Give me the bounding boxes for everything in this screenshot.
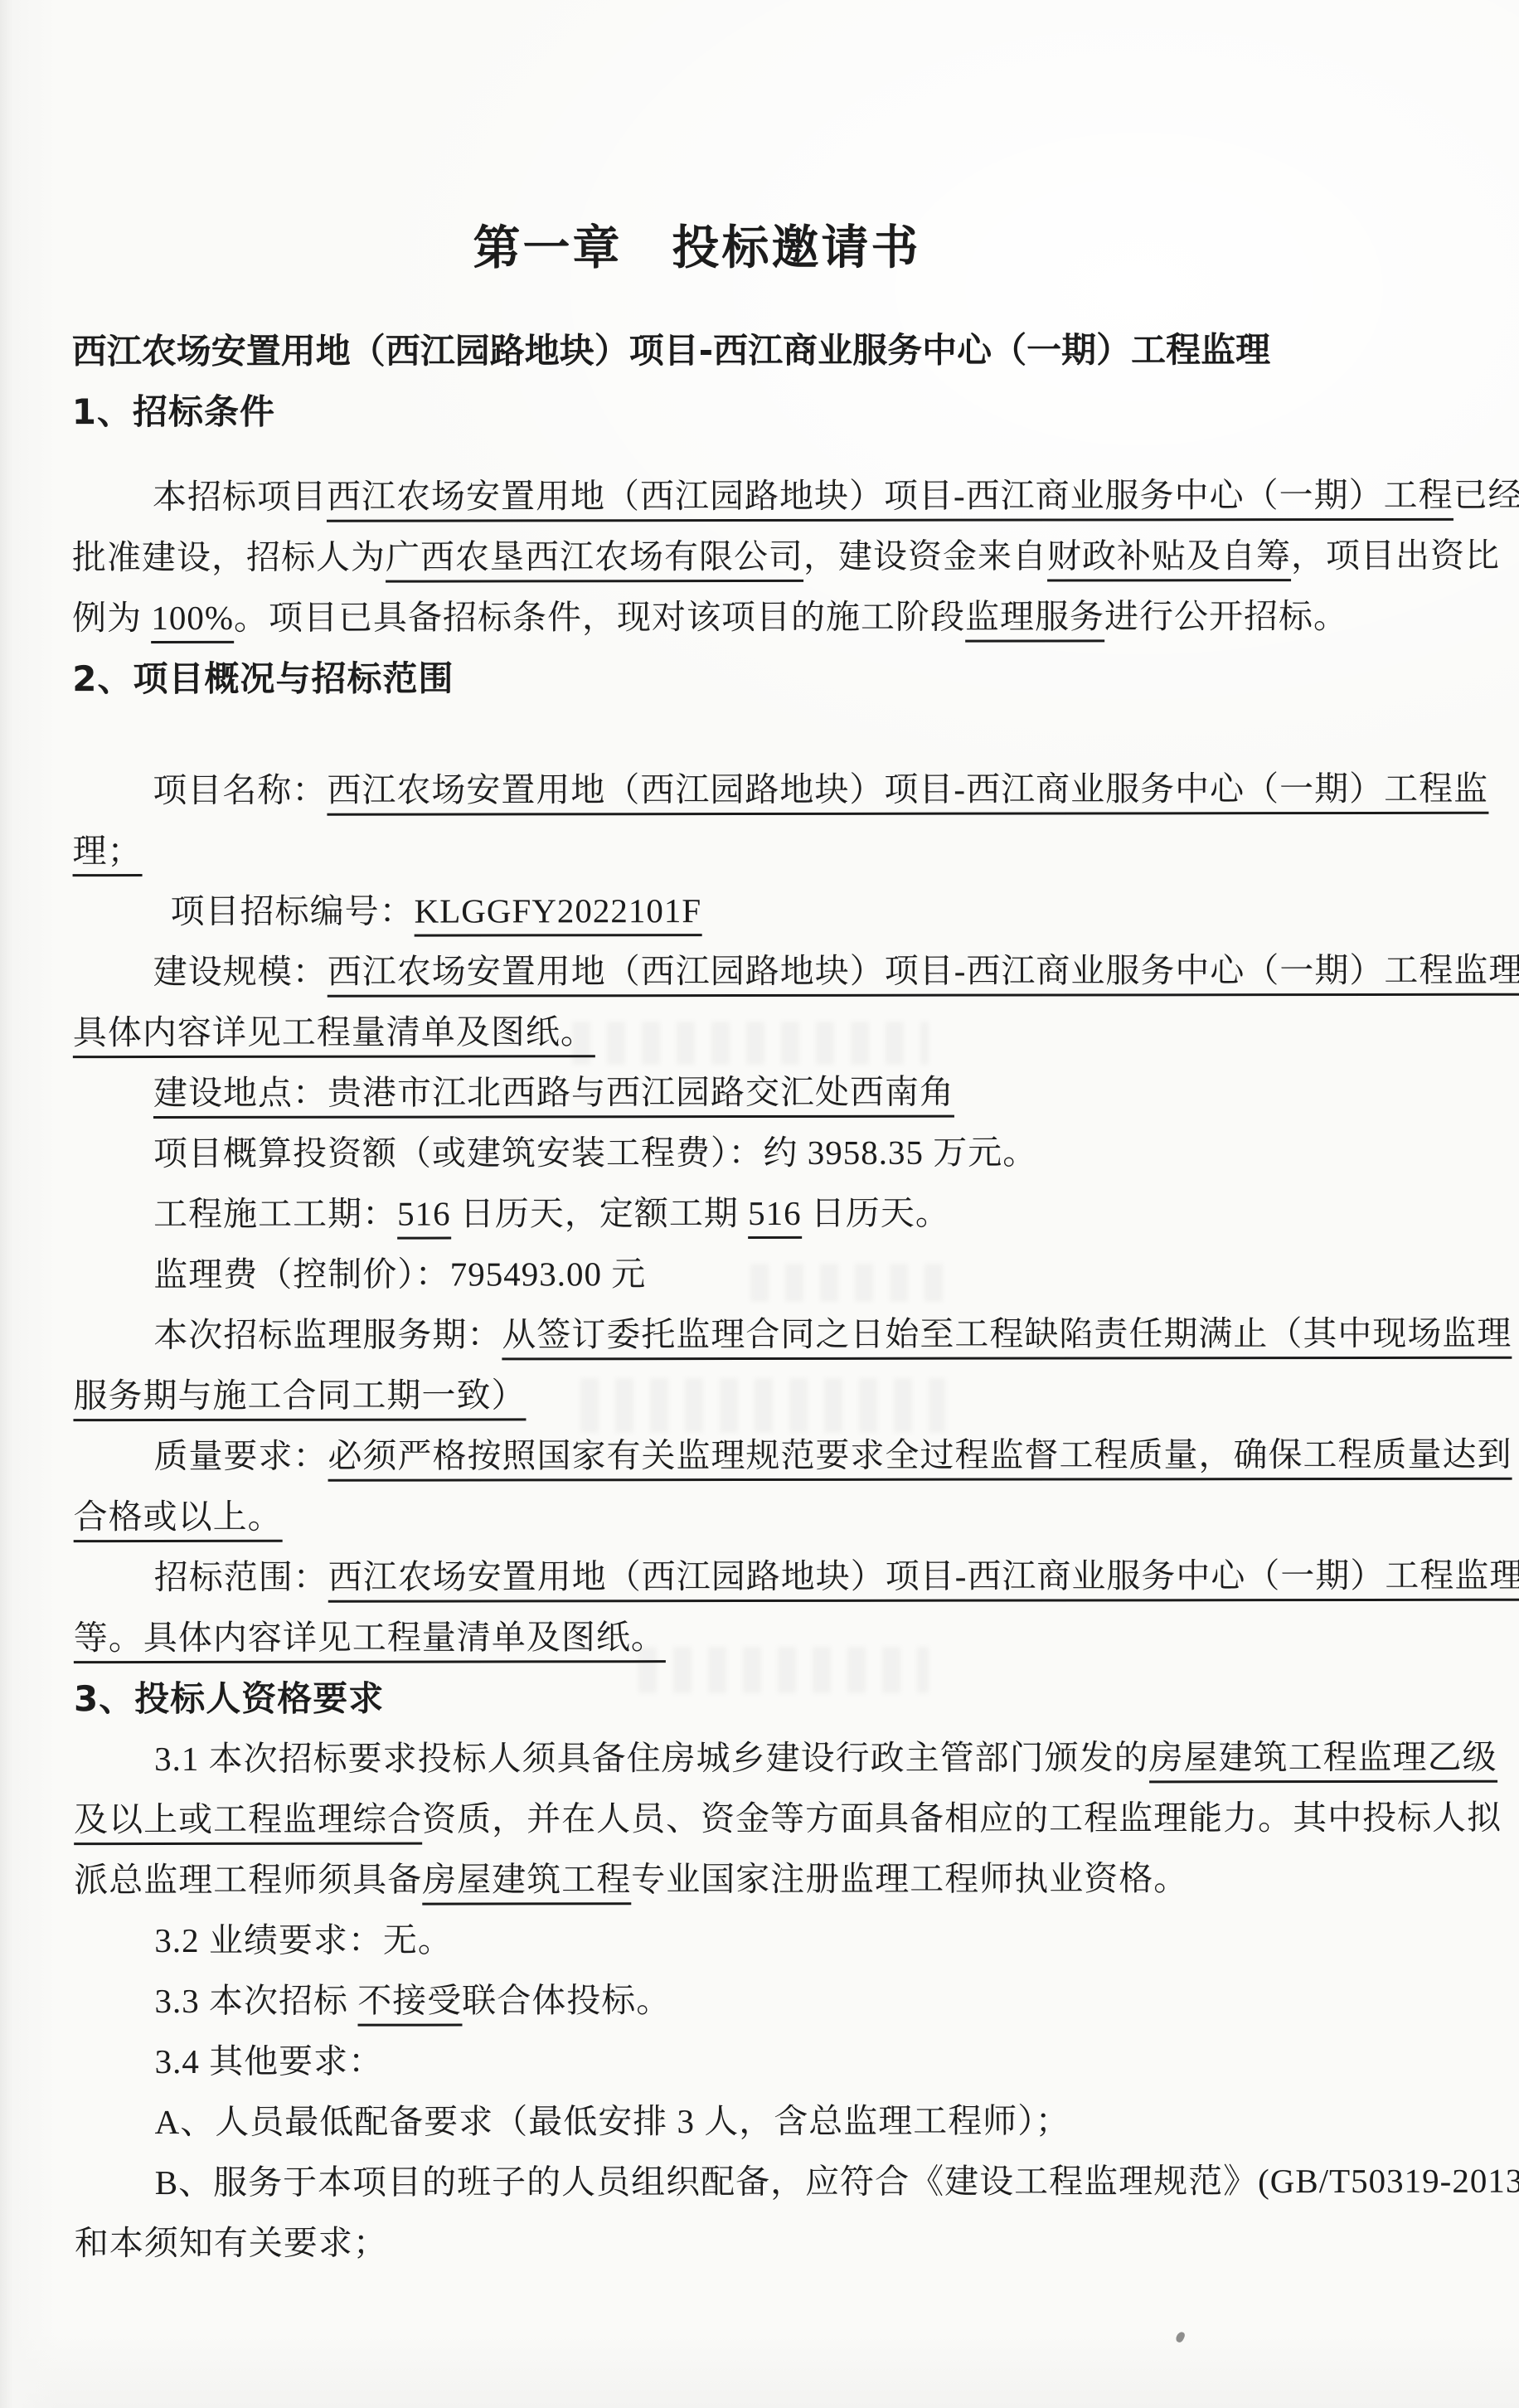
underlined-text: 516	[748, 1194, 802, 1239]
text-line: 监理费（控制价）：795493.00 元	[73, 1243, 1448, 1305]
text-segment: 已经	[1453, 476, 1519, 514]
scan-speck-artifact	[1175, 2331, 1187, 2344]
underlined-text: 理；	[72, 832, 142, 876]
text-line: 例为 100%。项目已具备招标条件，现对该项目的施工阶段监理服务进行公开招标。	[72, 586, 1447, 648]
text-segment: 本招标项目	[153, 478, 327, 516]
text-line: 合格或以上。	[74, 1485, 1449, 1547]
text-segment: ，建设资金来自	[803, 537, 1047, 575]
underlined-text: 西江农场安置用地（西江园路地块）项目-西江商业服务中心（一期）工程监理等。	[328, 951, 1519, 998]
text-segment: 招标范围：	[154, 1558, 328, 1596]
chapter-title: 第一章 投标邀请书	[9, 0, 1384, 284]
underlined-text: 具体内容详见工程量清单及图纸。	[73, 1012, 595, 1058]
text-line: 招标范围：西江农场安置用地（西江园路地块）项目-西江商业服务中心（一期）工程监理	[74, 1546, 1449, 1608]
text-line: 本次招标监理服务期：从签订委托监理合同之日始至工程缺陷责任期满止（其中现场监理	[73, 1304, 1448, 1366]
underlined-text: 服务期与施工合同工期一致）	[73, 1376, 526, 1421]
text-segment: 工程施工工期：	[153, 1195, 397, 1233]
underlined-text: 广西农垦西江农场有限公司	[386, 537, 803, 583]
text-segment: 联合体投标。	[462, 1981, 671, 2019]
text-segment: 和本须知有关要求；	[75, 2224, 388, 2263]
text-segment: 西江农场安置用地（西江园路地块）项目-西江商业服务中心（一期）工程监理	[72, 329, 1271, 371]
project-title: 西江农场安置用地（西江园路地块）项目-西江商业服务中心（一期）工程监理	[72, 319, 1447, 381]
text-segment: 项目概算投资额（或建筑安装工程费）：约 3958.35 万元。	[153, 1134, 1037, 1172]
underlined-text: 西江农场安置用地（西江园路地块）项目-西江商业服务中心（一期）工程监	[327, 769, 1488, 816]
underlined-text: 监理服务	[965, 597, 1104, 642]
text-segment: 进行公开招标。	[1104, 597, 1348, 635]
text-line: 本招标项目西江农场安置用地（西江园路地块）项目-西江商业服务中心（一期）工程已经	[72, 465, 1447, 527]
text-segment: 2、项目概况与招标范围	[72, 658, 454, 700]
text-segment: 3.1 本次招标要求投标人须具备住房城乡建设行政主管部门颁发的	[154, 1738, 1149, 1778]
text-segment: 项目招标编号：	[171, 892, 415, 930]
underlined-text: 建设地点：贵港市江北西路与西江园路交汇处西南角	[153, 1073, 954, 1119]
text-line: 具体内容详见工程量清单及图纸。	[73, 1001, 1448, 1063]
text-segment: 项目名称：	[153, 771, 327, 809]
text-segment: 3.2 业绩要求：无。	[154, 1921, 453, 1960]
text-segment: 批准建设，招标人为	[72, 538, 386, 577]
underlined-text: 财政补贴及自筹	[1047, 536, 1291, 581]
text-line: 派总监理工程师须具备房屋建筑工程专业国家注册监理工程师执业资格。	[74, 1848, 1449, 1910]
underlined-text: 100%	[151, 599, 234, 643]
text-segment: 本次招标监理服务期：	[153, 1315, 502, 1354]
text-line: 项目概算投资额（或建筑安装工程费）：约 3958.35 万元。	[73, 1122, 1448, 1184]
text-line: 项目名称：西江农场安置用地（西江园路地块）项目-西江商业服务中心（一期）工程监	[72, 759, 1447, 821]
text-segment: 第一章 投标邀请书	[473, 221, 920, 276]
section-heading-1: 1、招标条件	[72, 380, 1447, 442]
underlined-text: KLGGFY2022101F	[415, 891, 702, 936]
section-heading-3: 3、投标人资格要求	[74, 1667, 1449, 1729]
text-segment: ，项目出资比	[1291, 536, 1500, 575]
text-segment: 1、招标条件	[72, 391, 275, 432]
text-segment: 监理费（控制价）：795493.00 元	[153, 1255, 646, 1294]
text-line: 3.2 业绩要求：无。	[74, 1909, 1449, 1971]
text-line: 工程施工工期：516 日历天，定额工期 516 日历天。	[73, 1182, 1448, 1245]
text-segment: 派总监理工程师须具备	[74, 1861, 422, 1900]
text-line: 3.1 本次招标要求投标人须具备住房城乡建设行政主管部门颁发的房屋建筑工程监理乙…	[74, 1727, 1449, 1789]
text-line: 等。具体内容详见工程量清单及图纸。	[74, 1606, 1449, 1668]
text-line: B、服务于本项目的班子的人员组织配备，应符合《建设工程监理规范》(GB/T503…	[75, 2151, 1449, 2213]
text-segment: A、人员最低配备要求（最低安排 3 人，含总监理工程师）；	[155, 2101, 1070, 2141]
text-segment: 日历天。	[802, 1194, 950, 1232]
document-content: 第一章 投标邀请书西江农场安置用地（西江园路地块）项目-西江商业服务中心（一期）…	[71, 0, 1449, 2274]
text-line: 理；	[72, 819, 1447, 881]
text-line: 和本须知有关要求；	[75, 2211, 1449, 2274]
text-segment: B、服务于本项目的班子的人员组织配备，应符合《建设工程监理规范》(GB/T503…	[155, 2162, 1519, 2202]
text-line: 批准建设，招标人为广西农垦西江农场有限公司，建设资金来自财政补贴及自筹，项目出资…	[72, 526, 1447, 588]
underlined-text: 必须严格按照国家有关监理规范要求全过程监督工程质量，确保工程质量达到	[328, 1435, 1512, 1482]
text-segment: 建设规模：	[153, 953, 328, 991]
text-line: A、人员最低配备要求（最低安排 3 人，含总监理工程师）；	[75, 2090, 1449, 2153]
text-segment: 3、投标人资格要求	[74, 1678, 384, 1720]
text-segment: 例为	[72, 599, 151, 637]
underlined-text: 及以上或工程监理综合	[74, 1800, 422, 1846]
underlined-text: 516	[397, 1195, 451, 1240]
text-segment: 3.4 其他要求：	[155, 2042, 384, 2080]
underlined-text: 从签订委托监理合同之日始至工程缺陷责任期满止（其中现场监理	[502, 1314, 1512, 1361]
text-segment: 质量要求：	[154, 1437, 328, 1475]
underlined-text: 西江农场安置用地（西江园路地块）项目-西江商业服务中心（一期）工程	[327, 476, 1453, 522]
text-segment: 资质，并在人员、资金等方面具备相应的工程监理能力。其中投标人拟	[422, 1799, 1502, 1838]
text-line: 3.4 其他要求：	[75, 2030, 1449, 2092]
underlined-text: 等。具体内容详见工程量清单及图纸。	[74, 1618, 666, 1663]
underlined-text: 房屋建筑工程监理乙级	[1149, 1738, 1497, 1784]
text-segment: 专业国家注册监理工程师执业资格。	[631, 1859, 1188, 1898]
text-segment: 日历天，定额工期	[451, 1194, 749, 1233]
text-line: 建设规模：西江农场安置用地（西江园路地块）项目-西江商业服务中心（一期）工程监理…	[73, 940, 1448, 1003]
text-line: 服务期与施工合同工期一致）	[73, 1364, 1448, 1426]
underlined-text: 不接受	[357, 1982, 462, 2027]
section-heading-2: 2、项目概况与招标范围	[72, 647, 1447, 709]
underlined-text: 西江农场安置用地（西江园路地块）项目-西江商业服务中心（一期）工程监理	[328, 1556, 1519, 1603]
document-page: 第一章 投标邀请书西江农场安置用地（西江园路地块）项目-西江商业服务中心（一期）…	[0, 0, 1519, 2408]
text-line: 建设地点：贵港市江北西路与西江园路交汇处西南角	[73, 1061, 1448, 1124]
underlined-text: 房屋建筑工程	[422, 1860, 631, 1905]
text-line: 及以上或工程监理综合资质，并在人员、资金等方面具备相应的工程监理能力。其中投标人…	[74, 1788, 1449, 1850]
text-line: 项目招标编号：KLGGFY2022101F	[73, 880, 1448, 942]
text-segment: 3.3 本次招标	[154, 1982, 357, 2020]
text-line: 质量要求：必须严格按照国家有关监理规范要求全过程监督工程质量，确保工程质量达到	[73, 1425, 1448, 1487]
underlined-text: 合格或以上。	[74, 1498, 283, 1542]
text-segment: 。项目已具备招标条件，现对该项目的施工阶段	[234, 598, 965, 637]
text-line: 3.3 本次招标 不接受联合体投标。	[74, 1969, 1449, 2032]
